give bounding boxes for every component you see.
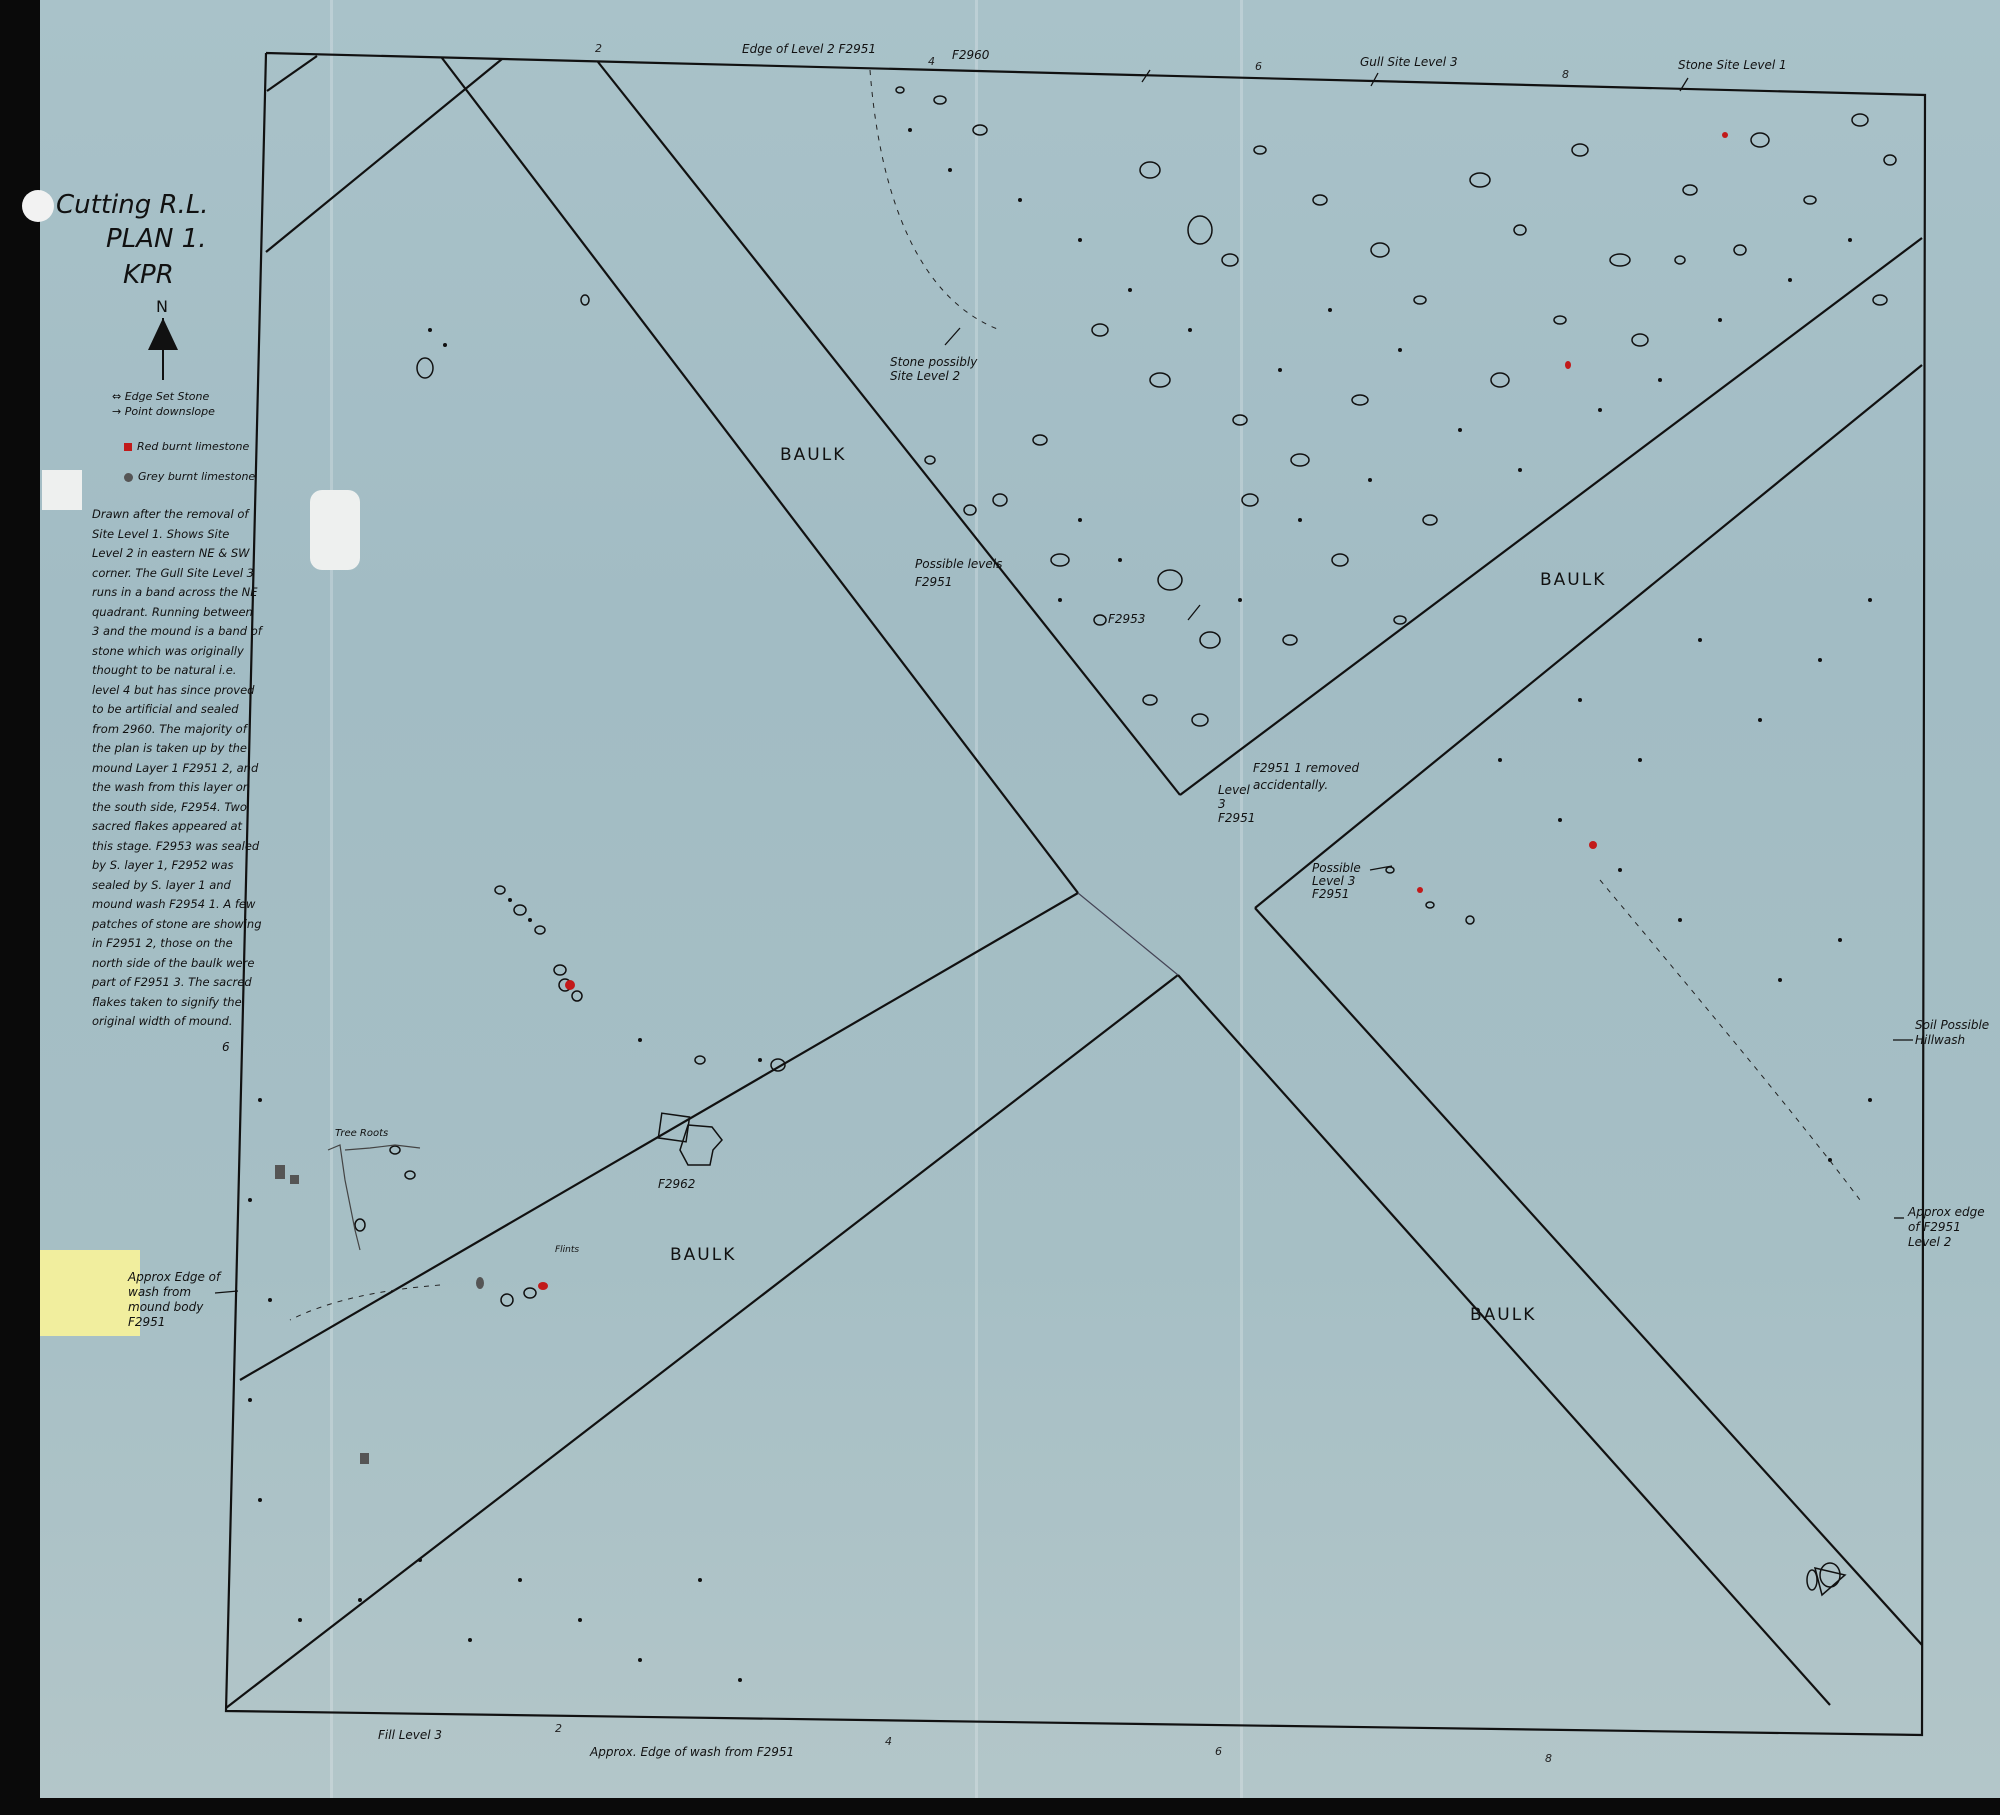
grey-dot-icon — [124, 473, 133, 482]
annotation-possible-level3: Possible Level 3 F2951 — [1312, 862, 1362, 901]
grid-tick-bottom: 8 — [1545, 1752, 1552, 1765]
legend-item-point-downslope: → Point downslope — [112, 405, 215, 418]
legend-item-edge-set-stone: ⇔ Edge Set Stone — [112, 390, 209, 403]
grid-tick-bottom: 4 — [885, 1735, 892, 1748]
annotation-stone-site-level: Stone Site Level 1 — [1678, 58, 1787, 72]
annotation-level3-f2951: Level 3 F2951 — [1218, 783, 1258, 825]
svg-text:N: N — [156, 297, 168, 316]
annotation-soil-hillwash: Soil Possible Hillwash — [1915, 1018, 1990, 1048]
annotation-fill-level: Fill Level 3 — [378, 1728, 442, 1742]
annotation-f2953: F2953 — [1108, 612, 1145, 626]
site-plan-drawing: N — [0, 0, 2000, 1815]
drawing-title-line2: PLAN 1. — [106, 222, 206, 256]
grid-tick-bottom: 2 — [555, 1722, 562, 1735]
arrow-right-icon: → — [112, 405, 121, 418]
stone-scatter-ne — [896, 87, 1896, 726]
grid-tick-top: 4 — [928, 55, 935, 68]
notes-page-mark: 6 — [222, 1040, 230, 1054]
stone-scatter-sw — [355, 295, 1845, 1595]
annotation-possible-levels: Possible levels F2951 — [915, 555, 1005, 591]
annotation-f2962: F2962 — [658, 1177, 695, 1191]
baulk-label-east: BAULK — [1540, 570, 1606, 590]
drawing-title-line1: Cutting R.L. — [56, 188, 209, 222]
grid-tick-top: 8 — [1562, 68, 1569, 81]
small-stone-dots — [248, 128, 1872, 1682]
tree-roots-outline — [328, 1145, 420, 1250]
north-arrow-icon: N — [148, 297, 178, 380]
red-square-icon — [124, 443, 132, 451]
annotation-tree-roots: Tree Roots — [335, 1128, 388, 1139]
annotation-f2951-removed: F2951 1 removed accidentally. — [1253, 760, 1383, 794]
annotation-edge-level2: Edge of Level 2 F2951 — [742, 42, 876, 56]
grid-tick-top: 2 — [595, 42, 602, 55]
double-arrow-icon: ⇔ — [112, 390, 121, 403]
annotation-flints: Flints — [555, 1245, 579, 1255]
grid-tick-top: 6 — [1255, 60, 1262, 73]
drawing-title-line3: KPR — [123, 258, 174, 292]
baulk-label-south: BAULK — [1470, 1305, 1536, 1325]
baulk-label-west: BAULK — [670, 1245, 736, 1265]
legend-item-grey-burnt-limestone: Grey burnt limestone — [124, 470, 255, 483]
annotation-stone-possibly: Stone possibly Site Level 2 — [890, 355, 1000, 383]
annotation-gull-site-level: Gull Site Level 3 — [1360, 55, 1458, 69]
annotation-approx-bottom: Approx. Edge of wash from F2951 — [590, 1745, 794, 1759]
baulk-label-north: BAULK — [780, 445, 846, 465]
annotation-approx-edge-right: Approx edge of F2951 Level 2 — [1908, 1205, 1988, 1250]
excavation-notes: Drawn after the removal of Site Level 1.… — [92, 505, 262, 1032]
annotation-approx-edge-left: Approx Edge of wash from mound body F295… — [128, 1270, 228, 1330]
grey-burnt-limestone-marks — [275, 1165, 484, 1464]
red-burnt-limestone-marks — [538, 132, 1728, 1290]
annotation-f2960: F2960 — [952, 48, 989, 62]
grid-tick-bottom: 6 — [1215, 1745, 1222, 1758]
legend-item-red-burnt-limestone: Red burnt limestone — [124, 440, 249, 453]
